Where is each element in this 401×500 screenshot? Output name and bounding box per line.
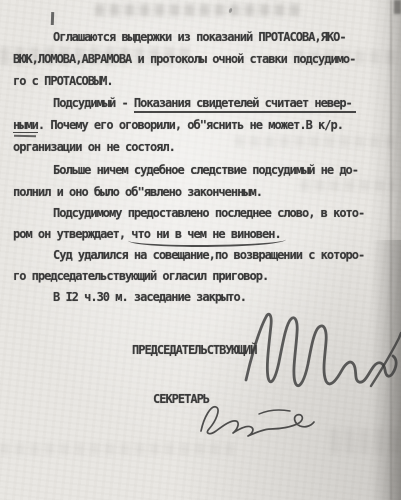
doc-text: ром он утверждает, <box>13 227 131 241</box>
doc-text: СЕКРЕТАРЬ <box>153 392 209 406</box>
doc-line-6: организации он не состоял. <box>13 140 175 154</box>
ghost-smudge <box>0 443 235 455</box>
doc-line-8: полнил и оно было об"явлено законченным. <box>13 185 262 199</box>
doc-line-11: Суд удалился на совещание,по возвращении… <box>53 248 364 262</box>
ghost-smudge <box>235 136 395 147</box>
doc-line-2: ВЮК,ЛОМОВА,АВРАМОВА и протоколы очной ст… <box>13 52 355 66</box>
secretary-signature-icon <box>201 407 314 436</box>
doc-line-5: ными. Почему его оговорили, об"яснить не… <box>13 118 343 132</box>
ghost-smudge <box>330 428 400 454</box>
doc-line-4: Подсудимый - Показания свидетелей считае… <box>53 96 356 110</box>
underlined-text: что ни в чем не виновен. <box>131 227 280 241</box>
chairman-signature-icon <box>246 314 401 386</box>
doc-text: Оглашаются выдержки из показаний ПРОТАСО… <box>53 30 346 44</box>
doc-line-7: Больше ничем судебное следствие подсудим… <box>53 163 358 177</box>
fold-line <box>390 0 392 500</box>
tick-mark <box>51 12 54 25</box>
doc-text: . Почему его оговорили, об"яснить не мож… <box>38 118 343 132</box>
doc-text: го с ПРОТАСОВЫМ. <box>13 74 113 88</box>
doc-line-12: го председательствующий огласил приговор… <box>13 269 268 283</box>
doc-line-1: Оглашаются выдержки из показаний ПРОТАСО… <box>53 30 346 44</box>
secretary-label: СЕКРЕТАРЬ <box>153 392 209 406</box>
doc-text: Подсудимый - <box>53 96 134 110</box>
doc-text: Больше ничем судебное следствие подсудим… <box>53 163 358 177</box>
doc-text: ПРЕДСЕДАТЕЛЬСТВУЮЩИЙ <box>132 343 257 357</box>
doc-line-13: В I2 ч.30 м. заседание закрыто. <box>53 290 246 304</box>
underlined-text: ными <box>13 118 38 133</box>
doc-text: организации он не состоял. <box>13 140 175 154</box>
doc-line-3: го с ПРОТАСОВЫМ. <box>13 74 113 88</box>
corner-streak <box>394 0 401 14</box>
doc-text: го председательствующий огласил приговор… <box>13 269 268 283</box>
scanned-court-document-page: Оглашаются выдержки из показаний ПРОТАСО… <box>0 0 401 500</box>
right-edge-shadow <box>368 0 401 500</box>
underlined-text: Показания свидетелей считает невер- <box>134 96 356 113</box>
doc-line-10: ром он утверждает, что ни в чем не винов… <box>13 227 281 241</box>
doc-text: полнил и оно было об"явлено законченным. <box>13 185 262 199</box>
doc-text: Суд удалился на совещание,по возвращении… <box>53 248 364 262</box>
bleedthrough-artifact <box>95 4 300 16</box>
doc-text: ВЮК,ЛОМОВА,АВРАМОВА и протоколы очной ст… <box>13 52 355 66</box>
ghost-smudge <box>300 180 395 191</box>
chairman-label: ПРЕДСЕДАТЕЛЬСТВУЮЩИЙ <box>132 343 257 357</box>
doc-text: Подсудимому предоставлено последнее слов… <box>53 206 364 220</box>
doc-text: В I2 ч.30 м. заседание закрыто. <box>53 290 246 304</box>
right-edge-shadow-lower <box>372 240 401 500</box>
ink-speck <box>228 8 233 14</box>
doc-line-9: Подсудимому предоставлено последнее слов… <box>53 206 364 220</box>
